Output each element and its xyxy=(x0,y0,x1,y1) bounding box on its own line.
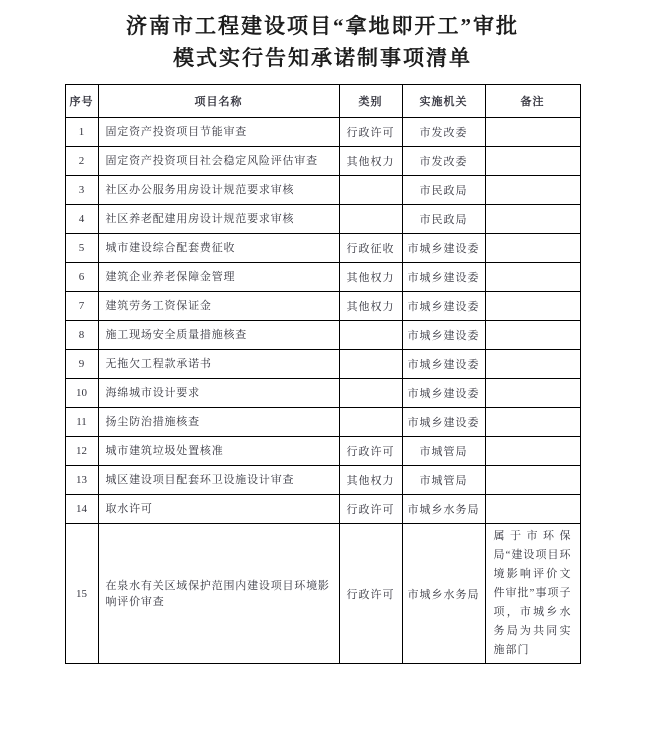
cell-name: 建筑企业养老保障金管理 xyxy=(98,263,339,292)
cell-name: 固定资产投资项目节能审查 xyxy=(98,118,339,147)
cell-no: 11 xyxy=(65,408,98,437)
table-header-row: 序号 项目名称 类别 实施机关 备注 xyxy=(65,85,580,118)
cell-remark xyxy=(485,118,580,147)
cell-category: 其他权力 xyxy=(339,263,402,292)
table-row: 13城区建设项目配套环卫设施设计审查其他权力市城管局 xyxy=(65,466,580,495)
table-row: 8施工现场安全质量措施核查市城乡建设委 xyxy=(65,321,580,350)
cell-remark: 属于市环保局“建设项目环境影响评价文件审批”事项子项，市城乡水务局为共同实施部门 xyxy=(485,524,580,664)
cell-name: 扬尘防治措施核查 xyxy=(98,408,339,437)
table-row: 6建筑企业养老保障金管理其他权力市城乡建设委 xyxy=(65,263,580,292)
cell-remark xyxy=(485,263,580,292)
cell-no: 5 xyxy=(65,234,98,263)
cell-agency: 市城乡建设委 xyxy=(402,379,485,408)
document-title: 济南市工程建设项目“拿地即开工”审批 模式实行告知承诺制事项清单 xyxy=(0,0,645,74)
cell-no: 14 xyxy=(65,495,98,524)
cell-category xyxy=(339,176,402,205)
document-title-line2: 模式实行告知承诺制事项清单 xyxy=(0,42,645,74)
cell-agency: 市发改委 xyxy=(402,118,485,147)
document-title-line1: 济南市工程建设项目“拿地即开工”审批 xyxy=(0,10,645,42)
cell-category xyxy=(339,321,402,350)
cell-agency: 市城乡建设委 xyxy=(402,321,485,350)
cell-remark xyxy=(485,176,580,205)
cell-agency: 市城乡建设委 xyxy=(402,234,485,263)
cell-agency: 市城乡建设委 xyxy=(402,263,485,292)
cell-category: 行政征收 xyxy=(339,234,402,263)
table-row: 2固定资产投资项目社会稳定风险评估审查其他权力市发改委 xyxy=(65,147,580,176)
cell-category: 行政许可 xyxy=(339,524,402,664)
table-row: 3社区办公服务用房设计规范要求审核市民政局 xyxy=(65,176,580,205)
cell-remark xyxy=(485,437,580,466)
cell-name: 无拖欠工程款承诺书 xyxy=(98,350,339,379)
cell-agency: 市城管局 xyxy=(402,437,485,466)
cell-category: 行政许可 xyxy=(339,495,402,524)
table-row: 10海绵城市设计要求市城乡建设委 xyxy=(65,379,580,408)
table-row: 9无拖欠工程款承诺书市城乡建设委 xyxy=(65,350,580,379)
cell-name: 城市建设综合配套费征收 xyxy=(98,234,339,263)
table-row: 1固定资产投资项目节能审查行政许可市发改委 xyxy=(65,118,580,147)
cell-category xyxy=(339,350,402,379)
header-agency: 实施机关 xyxy=(402,85,485,118)
cell-category: 其他权力 xyxy=(339,466,402,495)
cell-category: 其他权力 xyxy=(339,292,402,321)
cell-category xyxy=(339,205,402,234)
cell-agency: 市民政局 xyxy=(402,205,485,234)
cell-agency: 市城管局 xyxy=(402,466,485,495)
cell-remark xyxy=(485,350,580,379)
table-row: 7建筑劳务工资保证金其他权力市城乡建设委 xyxy=(65,292,580,321)
cell-remark xyxy=(485,408,580,437)
cell-agency: 市城乡水务局 xyxy=(402,524,485,664)
cell-no: 6 xyxy=(65,263,98,292)
cell-agency: 市民政局 xyxy=(402,176,485,205)
cell-remark xyxy=(485,466,580,495)
cell-name: 施工现场安全质量措施核查 xyxy=(98,321,339,350)
cell-remark xyxy=(485,379,580,408)
table-row: 5城市建设综合配套费征收行政征收市城乡建设委 xyxy=(65,234,580,263)
cell-no: 4 xyxy=(65,205,98,234)
cell-name: 建筑劳务工资保证金 xyxy=(98,292,339,321)
cell-agency: 市城乡建设委 xyxy=(402,408,485,437)
cell-name: 城市建筑垃圾处置核准 xyxy=(98,437,339,466)
cell-category: 行政许可 xyxy=(339,118,402,147)
cell-no: 2 xyxy=(65,147,98,176)
cell-agency: 市城乡建设委 xyxy=(402,350,485,379)
cell-name: 社区养老配建用房设计规范要求审核 xyxy=(98,205,339,234)
cell-name: 在泉水有关区域保护范围内建设项目环境影响评价审查 xyxy=(98,524,339,664)
cell-remark xyxy=(485,292,580,321)
cell-remark xyxy=(485,495,580,524)
cell-no: 3 xyxy=(65,176,98,205)
table-row: 12城市建筑垃圾处置核准行政许可市城管局 xyxy=(65,437,580,466)
cell-name: 社区办公服务用房设计规范要求审核 xyxy=(98,176,339,205)
cell-remark xyxy=(485,147,580,176)
table-row: 11扬尘防治措施核查市城乡建设委 xyxy=(65,408,580,437)
table-body: 1固定资产投资项目节能审查行政许可市发改委2固定资产投资项目社会稳定风险评估审查… xyxy=(65,118,580,664)
cell-no: 10 xyxy=(65,379,98,408)
cell-no: 13 xyxy=(65,466,98,495)
cell-remark xyxy=(485,321,580,350)
cell-no: 1 xyxy=(65,118,98,147)
cell-no: 7 xyxy=(65,292,98,321)
cell-category xyxy=(339,408,402,437)
table-header: 序号 项目名称 类别 实施机关 备注 xyxy=(65,85,580,118)
cell-agency: 市发改委 xyxy=(402,147,485,176)
cell-category xyxy=(339,379,402,408)
header-remark: 备注 xyxy=(485,85,580,118)
document-page: 济南市工程建设项目“拿地即开工”审批 模式实行告知承诺制事项清单 序号 项目名称… xyxy=(0,0,645,733)
cell-no: 8 xyxy=(65,321,98,350)
cell-agency: 市城乡建设委 xyxy=(402,292,485,321)
header-no: 序号 xyxy=(65,85,98,118)
cell-category: 其他权力 xyxy=(339,147,402,176)
cell-name: 城区建设项目配套环卫设施设计审查 xyxy=(98,466,339,495)
table-row: 4社区养老配建用房设计规范要求审核市民政局 xyxy=(65,205,580,234)
cell-no: 15 xyxy=(65,524,98,664)
cell-no: 12 xyxy=(65,437,98,466)
approval-items-table: 序号 项目名称 类别 实施机关 备注 1固定资产投资项目节能审查行政许可市发改委… xyxy=(65,84,581,664)
header-name: 项目名称 xyxy=(98,85,339,118)
cell-no: 9 xyxy=(65,350,98,379)
cell-remark xyxy=(485,205,580,234)
cell-agency: 市城乡水务局 xyxy=(402,495,485,524)
cell-name: 固定资产投资项目社会稳定风险评估审查 xyxy=(98,147,339,176)
cell-category: 行政许可 xyxy=(339,437,402,466)
cell-remark xyxy=(485,234,580,263)
cell-name: 取水许可 xyxy=(98,495,339,524)
table-row: 15在泉水有关区域保护范围内建设项目环境影响评价审查行政许可市城乡水务局属于市环… xyxy=(65,524,580,664)
table-row: 14取水许可行政许可市城乡水务局 xyxy=(65,495,580,524)
cell-name: 海绵城市设计要求 xyxy=(98,379,339,408)
header-category: 类别 xyxy=(339,85,402,118)
